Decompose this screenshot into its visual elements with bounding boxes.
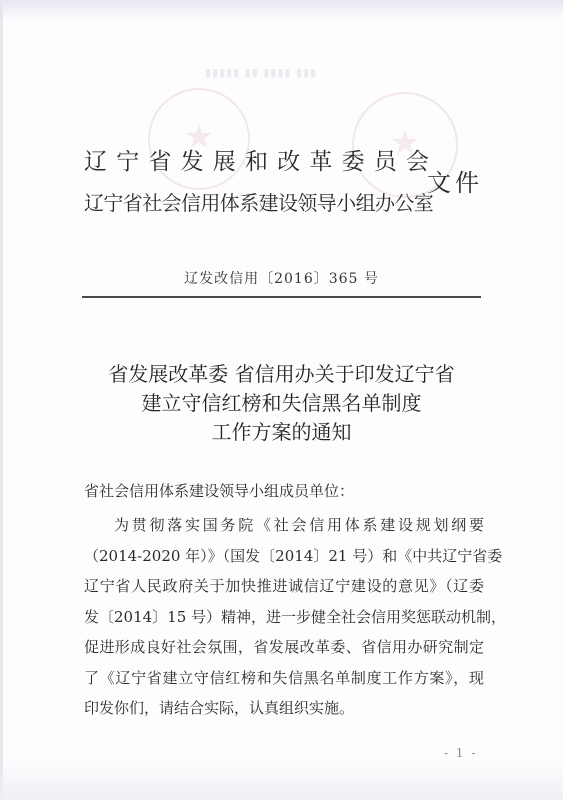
title-line: 建立守信红榜和失信黑名单制度: [0, 389, 563, 418]
scan-edge-top: [0, 0, 563, 22]
body-line: 发〔2014〕15 号）精神，进一步健全社会信用奖惩联动机制，: [84, 602, 484, 633]
body-line: （2014-2020 年）》（国发〔2014〕21 号）和《中共辽宁省委: [84, 541, 484, 572]
document-number: 辽发改信用〔2016〕365 号: [0, 268, 563, 288]
body-paragraph: 为贯彻落实国务院《社会信用体系建设规划纲要 （2014-2020 年）》（国发〔…: [84, 510, 484, 724]
salutation: 省社会信用体系建设领导小组成员单位：: [84, 480, 354, 501]
title-line: 工作方案的通知: [0, 418, 563, 447]
page-number: - 1 -: [444, 746, 477, 760]
issuing-org-1: 辽宁省发展和改革委员会: [84, 143, 438, 176]
document-title: 省发展改革委 省信用办关于印发辽宁省 建立守信红榜和失信黑名单制度 工作方案的通…: [0, 360, 563, 447]
scan-edge-bottom: [0, 760, 563, 800]
body-line: 为贯彻落实国务院《社会信用体系建设规划纲要: [84, 510, 484, 541]
body-line: 辽宁省人民政府关于加快推进诚信辽宁建设的意见》（辽委: [84, 571, 484, 602]
body-line: 促进形成良好社会氛围，省发展改革委、省信用办研究制定: [84, 632, 484, 663]
header-divider: [82, 296, 481, 298]
body-line: 了《辽宁省建立守信红榜和失信黑名单制度工作方案》，现: [84, 663, 484, 694]
issuing-org-2: 辽宁省社会信用体系建设领导小组办公室: [84, 187, 433, 216]
body-line: 印发你们，请结合实际，认真组织实施。: [84, 693, 484, 724]
title-line: 省发展改革委 省信用办关于印发辽宁省: [0, 360, 563, 389]
document-label: 文件: [427, 163, 483, 198]
bleed-through-text: ▮▮▮▮▮ ▮▮ ▮▮▮▮ ▮▮▮: [205, 66, 317, 79]
